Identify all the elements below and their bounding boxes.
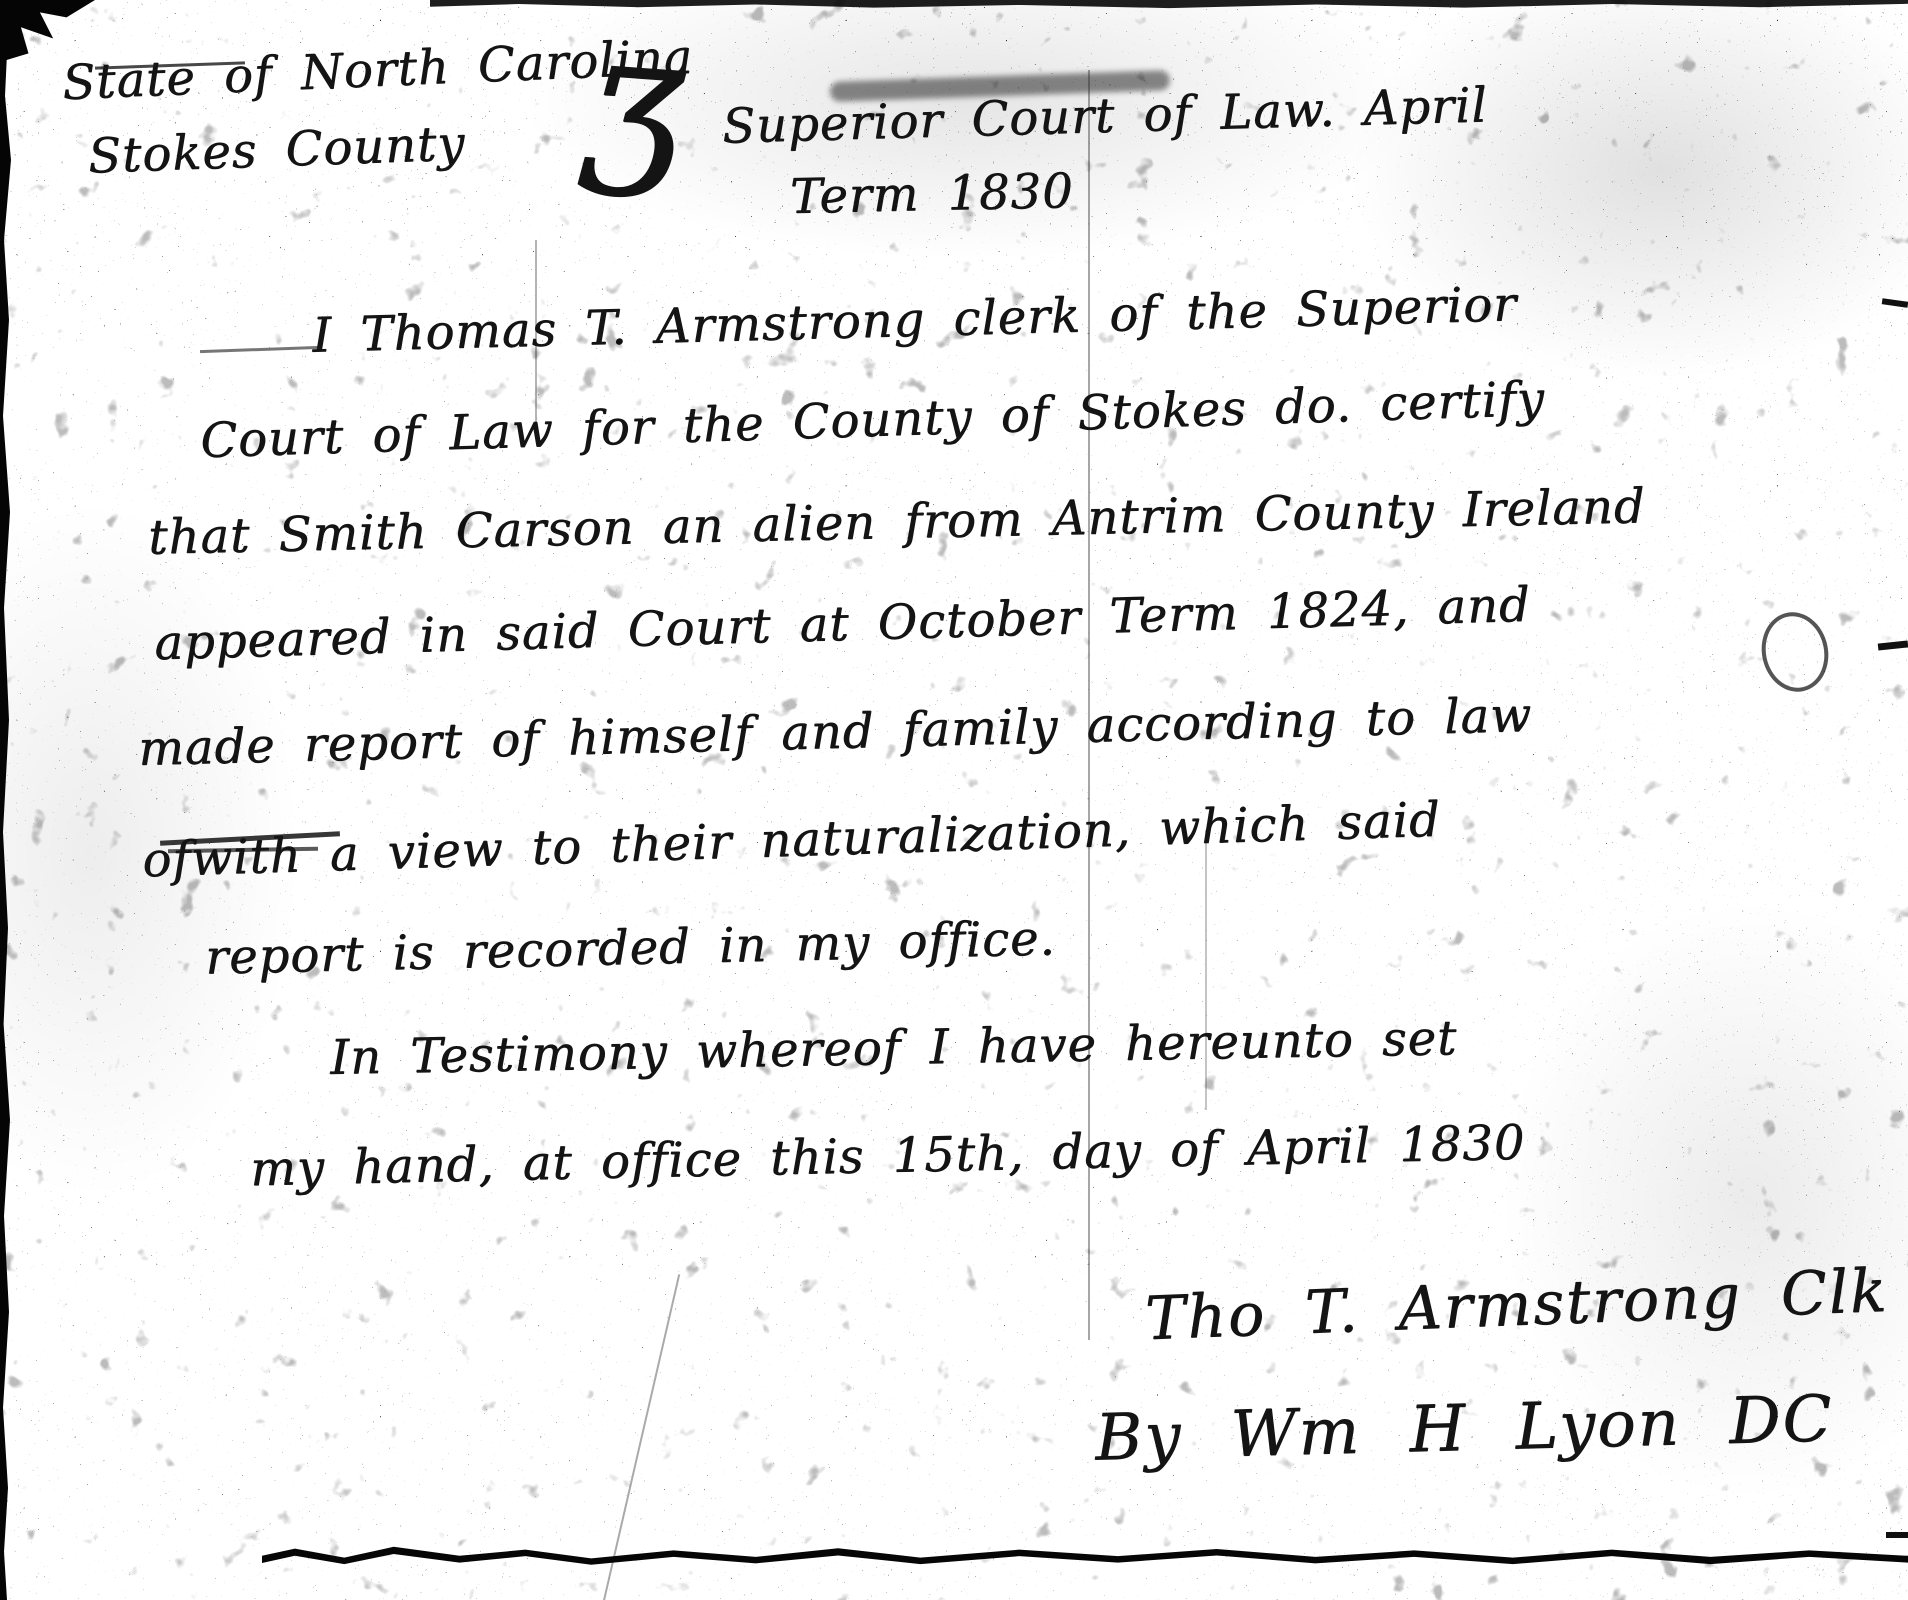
scan-edge-left: [0, 0, 20, 1600]
edge-mark: [1886, 1532, 1908, 1538]
ink-circle-mark: [1754, 606, 1835, 698]
edge-mark: [1882, 298, 1908, 308]
body-line-2: Court of Law for the County of Stokes do…: [199, 371, 1545, 469]
body-line-5: made report of himself and family accord…: [138, 687, 1533, 777]
stray-mark: [200, 346, 320, 353]
body-line-3: that Smith Carson an alien from Antrim C…: [148, 478, 1646, 565]
signature-clerk: Tho T. Armstrong Clk: [1144, 1256, 1890, 1354]
body-line-9: my hand, at office this 15th, day of Apr…: [250, 1115, 1526, 1198]
scan-edge-top: [430, 0, 1908, 9]
signature-deputy: By Wm H Lyon DC: [1094, 1382, 1834, 1475]
scanned-document-page: State of North Carolina Stokes County Ʒ …: [0, 0, 1908, 1600]
torn-edge-bottom: [262, 1536, 1908, 1572]
body-line-4: appeared in said Court at October Term 1…: [153, 577, 1531, 671]
edge-mark: [1878, 640, 1908, 650]
header-term-line: Term 1830: [789, 163, 1074, 225]
body-line-8: In Testimony whereof I have hereunto set: [330, 1010, 1458, 1086]
body-line-6: ofwith a view to their naturalization, w…: [141, 792, 1441, 889]
body-line-1: I Thomas T. Armstrong clerk of the Super…: [311, 276, 1517, 364]
scan-corner-top-left: [0, 0, 95, 62]
scribal-brace-glyph: Ʒ: [577, 45, 688, 226]
header-county-line: Stokes County: [87, 115, 466, 184]
scan-noise-overlay: [0, 0, 1908, 1600]
body-line-7: report is recorded in my office.: [204, 910, 1056, 985]
